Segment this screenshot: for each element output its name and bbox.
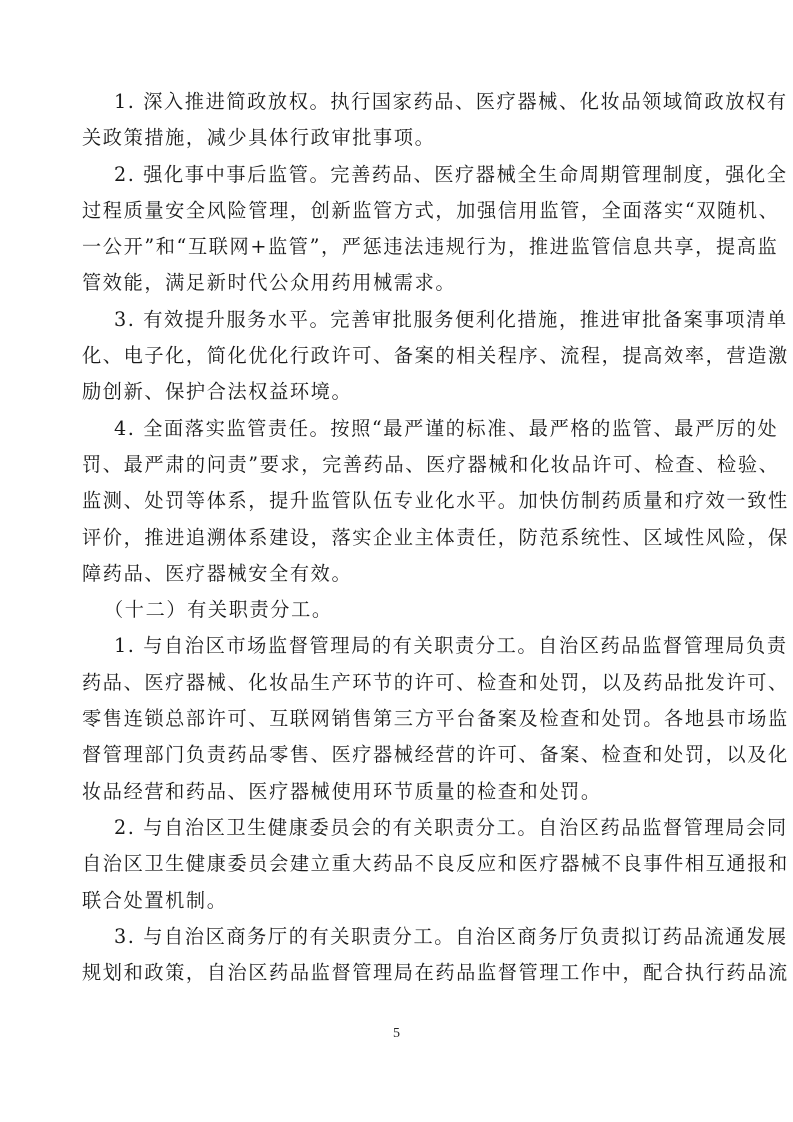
text-line: 4. 全面落实监管责任。按照“最严谨的标准、最严格的监管、最严厉的处 — [82, 411, 712, 447]
text-line: 管效能，满足新时代公众用药用械需求。 — [82, 265, 712, 301]
paragraph-health-commission-division: 2. 与自治区卫生健康委员会的有关职责分工。自治区药品监督管理局会同 自治区卫生… — [82, 810, 712, 919]
text-line: 规划和政策，自治区药品监督管理局在药品监督管理工作中，配合执行药品流 — [82, 955, 712, 991]
text-line: 2. 与自治区卫生健康委员会的有关职责分工。自治区药品监督管理局会同 — [82, 810, 712, 846]
text-line: 1. 深入推进简政放权。执行国家药品、医疗器械、化妆品领域简政放权有 — [82, 84, 712, 120]
text-line: 励创新、保护合法权益环境。 — [82, 374, 712, 410]
text-line: 罚、最严肃的问责”要求，完善药品、医疗器械和化妆品许可、检查、检验、 — [82, 447, 712, 483]
text-line: 3. 与自治区商务厅的有关职责分工。自治区商务厅负责拟订药品流通发展 — [82, 919, 712, 955]
text-line: 监测、处罚等体系，提升监管队伍专业化水平。加快仿制药质量和疗效一致性 — [82, 483, 712, 519]
document-page: 1. 深入推进简政放权。执行国家药品、医疗器械、化妆品领域简政放权有 关政策措施… — [0, 0, 793, 1122]
paragraph-streamline-administration: 1. 深入推进简政放权。执行国家药品、医疗器械、化妆品领域简政放权有 关政策措施… — [82, 84, 712, 157]
text-line: 2. 强化事中事后监管。完善药品、医疗器械全生命周期管理制度，强化全 — [82, 157, 712, 193]
text-line: 3. 有效提升服务水平。完善审批服务便利化措施，推进审批备案事项清单 — [82, 302, 712, 338]
paragraph-improve-service: 3. 有效提升服务水平。完善审批服务便利化措施，推进审批备案事项清单 化、电子化… — [82, 302, 712, 411]
section-heading-division-of-duties: （十二）有关职责分工。 — [82, 592, 712, 628]
document-body: 1. 深入推进简政放权。执行国家药品、医疗器械、化妆品领域简政放权有 关政策措施… — [82, 84, 712, 991]
text-line: 过程质量安全风险管理，创新监管方式，加强信用监管，全面落实“双随机、 — [82, 193, 712, 229]
page-number: 5 — [0, 1026, 793, 1042]
paragraph-commerce-department-division: 3. 与自治区商务厅的有关职责分工。自治区商务厅负责拟订药品流通发展 规划和政策… — [82, 919, 712, 992]
text-line: 自治区卫生健康委员会建立重大药品不良反应和医疗器械不良事件相互通报和 — [82, 846, 712, 882]
text-line: 督管理部门负责药品零售、医疗器械经营的许可、备案、检查和处罚，以及化 — [82, 737, 712, 773]
text-line: 药品、医疗器械、化妆品生产环节的许可、检查和处罚，以及药品批发许可、 — [82, 665, 712, 701]
text-line: 一公开”和“互联网+监管”，严惩违法违规行为，推进监管信息共享，提高监 — [82, 229, 712, 265]
text-line: 妆品经营和药品、医疗器械使用环节质量的检查和处罚。 — [82, 774, 712, 810]
paragraph-market-regulation-division: 1. 与自治区市场监督管理局的有关职责分工。自治区药品监督管理局负责 药品、医疗… — [82, 628, 712, 809]
text-line: 1. 与自治区市场监督管理局的有关职责分工。自治区药品监督管理局负责 — [82, 628, 712, 664]
text-line: 评价，推进追溯体系建设，落实企业主体责任，防范系统性、区域性风险，保 — [82, 520, 712, 556]
text-line: 联合处置机制。 — [82, 883, 712, 919]
text-line: 零售连锁总部许可、互联网销售第三方平台备案及检查和处罚。各地县市场监 — [82, 701, 712, 737]
paragraph-supervisory-responsibility: 4. 全面落实监管责任。按照“最严谨的标准、最严格的监管、最严厉的处 罚、最严肃… — [82, 411, 712, 592]
text-line: 障药品、医疗器械安全有效。 — [82, 556, 712, 592]
section-heading: （十二）有关职责分工。 — [82, 592, 712, 628]
paragraph-strengthen-supervision: 2. 强化事中事后监管。完善药品、医疗器械全生命周期管理制度，强化全 过程质量安… — [82, 157, 712, 302]
text-line: 化、电子化，简化优化行政许可、备案的相关程序、流程，提高效率，营造激 — [82, 338, 712, 374]
text-line: 关政策措施，减少具体行政审批事项。 — [82, 120, 712, 156]
